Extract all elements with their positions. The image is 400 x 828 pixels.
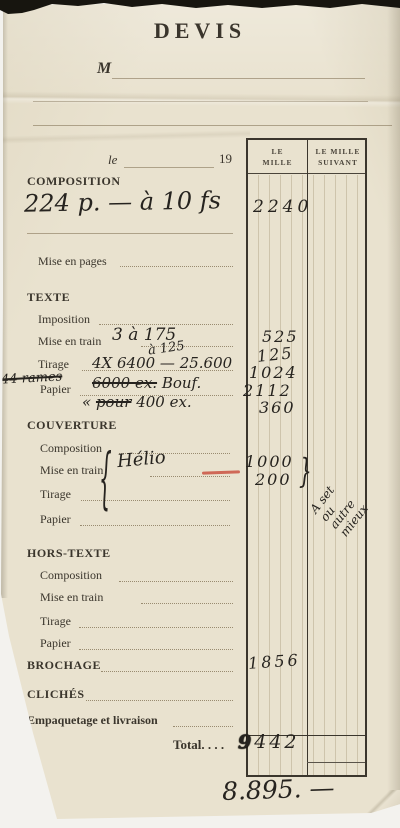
section-brochage: BROCHAGE bbox=[27, 658, 101, 673]
section-hors-texte: HORS-TEXTE bbox=[27, 546, 111, 561]
col2-line1: LE MILLE bbox=[307, 146, 369, 157]
label-couv-papier: Papier bbox=[40, 512, 71, 527]
hw-amount-texte-3: 1024 bbox=[249, 363, 298, 382]
scanned-devis-form: DEVIS M le 19 COMPOSITION 224 p. — à 10 … bbox=[0, 0, 400, 828]
hw-composition-entry: 224 p. — à 10 fs bbox=[24, 186, 221, 217]
ht-tirage-line bbox=[79, 627, 233, 628]
hw-amount-total: 9442 bbox=[238, 731, 300, 753]
label-ht-mise-en-train: Mise en train bbox=[40, 590, 103, 605]
hw-total-rest: 442 bbox=[254, 731, 299, 753]
hw-total-first-digit: 9 bbox=[238, 731, 254, 753]
ht-papier-line bbox=[79, 649, 233, 650]
label-couv-tirage: Tirage bbox=[40, 487, 71, 502]
hw-amount-couverture-1: 1000 bbox=[245, 452, 294, 471]
date-century: 19 bbox=[219, 151, 232, 167]
composition-entry-line bbox=[27, 233, 233, 234]
label-empaquetage: Empaquetage et livraison bbox=[27, 713, 158, 728]
col1-line2: MILLE bbox=[248, 157, 307, 168]
date-prefix: le bbox=[108, 152, 117, 168]
couv-papier-line bbox=[80, 525, 230, 526]
label-imposition: Imposition bbox=[38, 312, 90, 327]
brochage-line bbox=[101, 671, 233, 672]
right-column-total-line bbox=[307, 762, 365, 763]
label-ht-tirage: Tirage bbox=[40, 614, 71, 629]
texte-tirage-line bbox=[82, 370, 233, 371]
blank-line-2 bbox=[33, 125, 392, 126]
col2-line2: SUIVANT bbox=[307, 157, 369, 168]
date-line bbox=[124, 167, 214, 168]
couv-mise-en-train-line bbox=[150, 476, 230, 477]
label-couv-mise-en-train: Mise en train bbox=[40, 463, 103, 478]
label-ht-papier: Papier bbox=[40, 636, 71, 651]
page-title: DEVIS bbox=[0, 18, 400, 44]
cliches-line bbox=[86, 700, 233, 701]
hw-amount-texte-5: 360 bbox=[259, 398, 296, 417]
section-texte: TEXTE bbox=[27, 290, 70, 305]
couv-tirage-line bbox=[81, 500, 230, 501]
hw-papier-struck: 6000 ex. bbox=[92, 374, 157, 392]
label-ht-composition: Composition bbox=[40, 568, 102, 583]
texte-papier-line bbox=[80, 395, 233, 396]
hw-amount-couverture-2: 200 bbox=[255, 470, 292, 489]
section-cliches: CLICHÉS bbox=[27, 687, 85, 702]
hw-brace-open: { bbox=[99, 438, 112, 517]
column-header-le-mille-suivant: LE MILLE SUIVANT bbox=[307, 146, 369, 169]
mise-en-pages-line bbox=[120, 266, 233, 267]
hw-amount-texte-1: 525 bbox=[262, 327, 299, 346]
label-texte-mise-en-train: Mise en train bbox=[38, 334, 101, 349]
hw-papier-entry: 6000 ex. Bouf. bbox=[92, 374, 201, 392]
blank-line-1 bbox=[33, 101, 368, 102]
hw-papier-rest: Bouf. bbox=[157, 374, 201, 392]
section-composition: COMPOSITION bbox=[27, 174, 121, 189]
hw-amount-composition: 2240 bbox=[253, 197, 312, 217]
label-total: Total. . . . bbox=[173, 737, 224, 753]
addressee-label: M bbox=[97, 60, 111, 78]
paper-sheet: DEVIS M le 19 COMPOSITION 224 p. — à 10 … bbox=[0, 0, 400, 828]
hw-margin-note: 44 rames bbox=[1, 369, 63, 387]
col1-line1: LE bbox=[248, 146, 307, 157]
hw-amount-brochage: 1856 bbox=[247, 650, 301, 673]
ht-composition-line bbox=[119, 581, 233, 582]
empaquetage-line bbox=[173, 726, 233, 727]
column-header-le-mille: LE MILLE bbox=[248, 146, 307, 169]
hw-grand-total: 8.895. — bbox=[222, 773, 335, 806]
addressee-line bbox=[112, 78, 365, 79]
hw-helio-entry: Hélio bbox=[116, 447, 166, 472]
label-mise-en-pages: Mise en pages bbox=[38, 254, 107, 269]
section-couverture: COUVERTURE bbox=[27, 418, 117, 433]
ht-mise-en-train-line bbox=[141, 603, 233, 604]
label-couv-composition: Composition bbox=[40, 441, 102, 456]
hw-brace-close: } bbox=[299, 450, 312, 491]
